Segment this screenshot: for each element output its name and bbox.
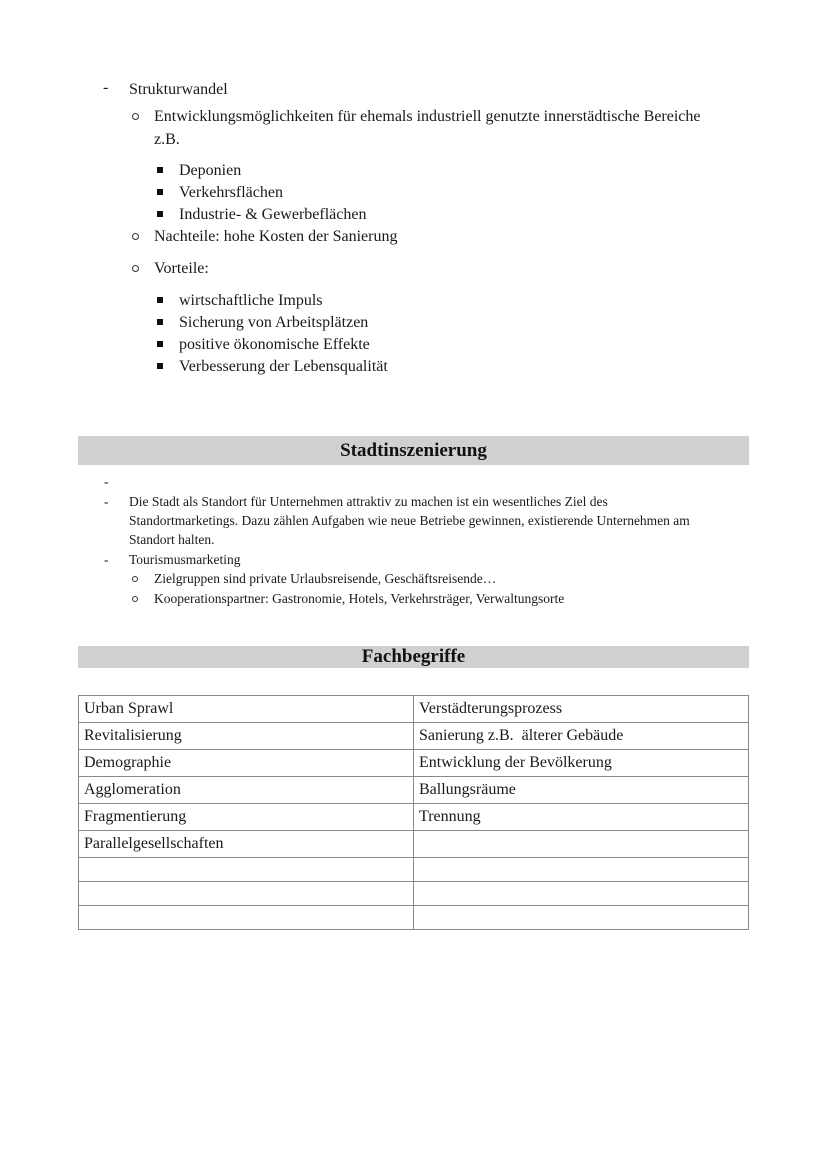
circle-bullet-icon — [132, 113, 139, 120]
dash-bullet: - — [103, 79, 108, 97]
table-row: Parallelgesellschaften — [79, 831, 749, 858]
definition-cell — [414, 882, 749, 906]
table-row: Urban Sprawl Verstädterungsprozess — [79, 696, 749, 723]
definition-cell — [414, 831, 749, 858]
table-row — [79, 858, 749, 882]
dash-bullet: - — [104, 492, 109, 512]
bullet-strukturwandel: Strukturwandel — [129, 79, 228, 101]
circle-bullet-icon — [132, 596, 138, 602]
circle-bullet-icon — [132, 576, 138, 582]
definition-cell: Sanierung z.B. älterer Gebäude — [414, 723, 749, 750]
terms-table: Urban Sprawl Verstädterungsprozess Revit… — [78, 695, 749, 930]
square-bullet-icon — [157, 319, 163, 325]
item-verkehrsflaechen: Verkehrsflächen — [179, 182, 283, 204]
definition-cell: Trennung — [414, 804, 749, 831]
sub-vorteile: Vorteile: — [154, 258, 209, 280]
item-effekte: positive ökonomische Effekte — [179, 334, 370, 356]
circle-bullet-icon — [132, 233, 139, 240]
standortmarketing-line1: Die Stadt als Standort für Unternehmen a… — [129, 492, 608, 512]
term-cell: Revitalisierung — [79, 723, 414, 750]
sub-nachteile: Nachteile: hohe Kosten der Sanierung — [154, 226, 397, 248]
item-industrie: Industrie- & Gewerbeflächen — [179, 204, 366, 226]
sub-zielgruppen: Zielgruppen sind private Urlaubsreisende… — [154, 569, 496, 589]
definition-cell — [414, 858, 749, 882]
item-impuls: wirtschaftliche Impuls — [179, 290, 323, 312]
definition-cell: Ballungsräume — [414, 777, 749, 804]
standortmarketing-line2: Standortmarketings. Dazu zählen Aufgaben… — [129, 511, 690, 531]
table-row: Agglomeration Ballungsräume — [79, 777, 749, 804]
square-bullet-icon — [157, 341, 163, 347]
dash-bullet: - — [104, 550, 109, 570]
dash-bullet: - — [104, 472, 109, 492]
square-bullet-icon — [157, 167, 163, 173]
circle-bullet-icon — [132, 265, 139, 272]
definition-cell — [414, 906, 749, 930]
item-deponien: Deponien — [179, 160, 241, 182]
table-row: Fragmentierung Trennung — [79, 804, 749, 831]
bullet-tourismusmarketing: Tourismusmarketing — [129, 550, 241, 570]
sub-kooperationspartner: Kooperationspartner: Gastronomie, Hotels… — [154, 589, 564, 609]
table-row — [79, 882, 749, 906]
square-bullet-icon — [157, 363, 163, 369]
term-cell: Parallelgesellschaften — [79, 831, 414, 858]
square-bullet-icon — [157, 211, 163, 217]
square-bullet-icon — [157, 297, 163, 303]
term-cell — [79, 882, 414, 906]
definition-cell: Verstädterungsprozess — [414, 696, 749, 723]
item-arbeitsplaetze: Sicherung von Arbeitsplätzen — [179, 312, 368, 334]
term-cell — [79, 906, 414, 930]
standortmarketing-line3: Standort halten. — [129, 530, 214, 550]
term-cell: Demographie — [79, 750, 414, 777]
term-cell: Agglomeration — [79, 777, 414, 804]
term-cell — [79, 858, 414, 882]
square-bullet-icon — [157, 189, 163, 195]
table-row — [79, 906, 749, 930]
section-heading-stadtinszenierung: Stadtinszenierung — [78, 436, 749, 465]
section-heading-fachbegriffe: Fachbegriffe — [78, 646, 749, 668]
definition-cell: Entwicklung der Bevölkerung — [414, 750, 749, 777]
item-lebensqualitaet: Verbesserung der Lebensqualität — [179, 356, 388, 378]
sub-entwicklung: Entwicklungsmöglichkeiten für ehemals in… — [154, 106, 701, 128]
term-cell: Urban Sprawl — [79, 696, 414, 723]
table-row: Demographie Entwicklung der Bevölkerung — [79, 750, 749, 777]
term-cell: Fragmentierung — [79, 804, 414, 831]
sub-entwicklung-line2: z.B. — [154, 129, 180, 151]
table-row: Revitalisierung Sanierung z.B. älterer G… — [79, 723, 749, 750]
